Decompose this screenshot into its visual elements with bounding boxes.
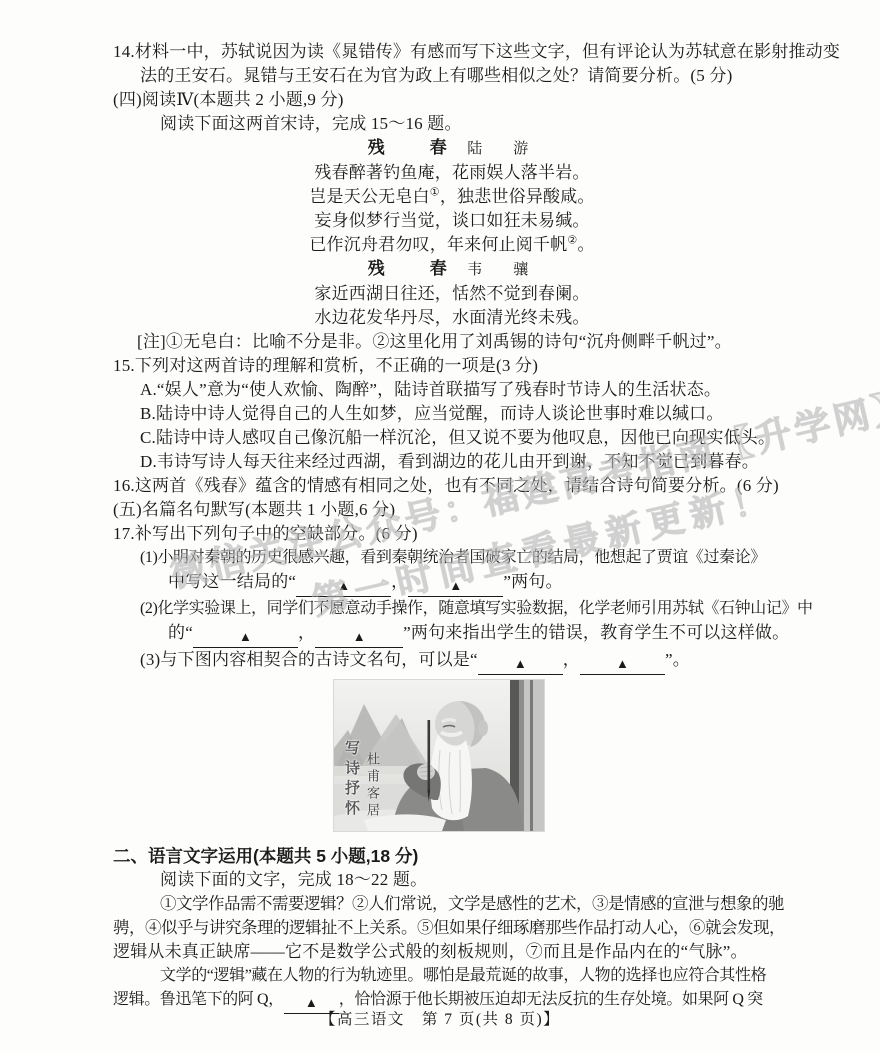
para-2-pre: 逻辑。鲁迅笔下的阿 Q，: [113, 991, 284, 1008]
q17-1-comma: ，: [391, 572, 408, 591]
passage-para-1-line-2: 骋，④似乎与讲究条理的逻辑扯不上关系。⑤但如果仔细琢磨那些作品打动人心，⑥就会发…: [113, 916, 775, 940]
passage-para-1-line-1: ①文学作品需不需要逻辑？②人们常说，文学是感性的艺术，③是情感的宣泄与想象的驰: [113, 892, 775, 916]
q17-1-pre: 中写这一结局的“: [168, 572, 296, 591]
poem-note: [注]①无皂白：比喻不分是非。②这里化用了刘禹锡的诗句“沉舟侧畔千帆过”。: [113, 330, 775, 354]
answer-blank: ▲: [478, 655, 563, 675]
passage-para-1-line-3: 逻辑从未真正缺席——它不是数学公式般的刻板规则，⑦而且是作品内在的“气脉”。: [113, 940, 775, 964]
section-2-intro: 阅读下面的文字，完成 18～22 题。: [113, 868, 775, 892]
exam-paper-page: 微信关注公众号：福建高考指南【升学网】 第一时间查看最新更新！ 14.材料一中，…: [0, 0, 880, 1053]
note-ref-1: ①: [430, 186, 440, 198]
poem-1-line-4: 已作沉舟君勿叹，年来何止阅千帆②。: [113, 233, 775, 257]
poem-1-line-4-tail: 。: [577, 235, 594, 254]
question-14-line-2: 法的王安石。晁错与王安石在为官为政上有哪些相似之处？请简要分析。(5 分): [113, 64, 775, 88]
question-15-option-b: B.陆诗中诗人觉得自己的人生如梦，应当觉醒，而诗人谈论世事时难以缄口。: [113, 402, 775, 426]
question-15-stem: 15.下列对这两首诗的理解和赏析，不正确的一项是(3 分): [113, 354, 775, 378]
dufu-painting: 写诗抒怀 杜甫客居: [333, 679, 545, 832]
question-17-2-line-2: 的“▲，▲”两句来指出学生的错误，教育学生不可以这样做。: [113, 621, 775, 648]
q17-3-post: ”。: [665, 650, 690, 669]
note-ref-2: ②: [567, 234, 577, 246]
painting-caption-right: 杜甫客居: [360, 752, 384, 820]
poem-1-line-1: 残春醉著钓鱼庵，花雨娱人落半岩。: [113, 161, 775, 185]
poem-1-line-2-tail: ，独悲世俗异酸咸。: [440, 187, 595, 206]
poem-2-line-2: 水边花发华丹尽，水面清光终未残。: [113, 306, 775, 330]
q17-3-comma: ，: [563, 650, 580, 669]
question-17-3-line: (3)与下图内容相契合的古诗文名句，可以是“▲，▲”。: [113, 648, 775, 675]
poem-1-title-line: 残 春 陆 游: [113, 136, 775, 161]
page-footer: 【高三语文 第 7 页(共 8 页)】: [0, 1007, 880, 1029]
question-15-option-a: A.“娱人”意为“使人欢愉、陶醉”，陆诗首联描写了残春时节诗人的生活状态。: [113, 378, 775, 402]
question-17-1-line-1: (1)小明对秦朝的历史很感兴趣，看到秦朝统治者国破家亡的结局，他想起了贾谊《过秦…: [113, 546, 775, 570]
question-14-line-1: 14.材料一中，苏轼说因为读《晁错传》有感而写下这些文字，但有评论认为苏轼意在影…: [113, 40, 775, 64]
answer-blank: ▲: [296, 577, 391, 597]
poem-1-line-3: 妄身似梦行当觉，谈口如狂未易缄。: [113, 209, 775, 233]
question-16: 16.这两首《残春》蕴含的情感有相同之处，也有不同之处，请结合诗句简要分析。(6…: [113, 474, 775, 498]
poem-1-author: 陆 游: [467, 141, 536, 157]
q17-2-comma: ，: [298, 623, 315, 642]
answer-blank: ▲: [408, 577, 503, 597]
poem-1-line-2: 岂是天公无皂白①，独悲世俗异酸咸。: [113, 185, 775, 209]
question-15-option-d: D.韦诗写诗人每天往来经过西湖，看到湖边的花儿由开到谢，不知不觉已到暮春。: [113, 450, 775, 474]
question-17-stem: 17.补写出下列句子中的空缺部分。(6 分): [113, 522, 775, 546]
para-2-post: ，恰恰源于他长期被压迫却无法反抗的生存处境。如果阿 Q 突: [339, 991, 763, 1008]
exam-content: 14.材料一中，苏轼说因为读《晁错传》有感而写下这些文字，但有评论认为苏轼意在影…: [113, 40, 775, 1014]
poem-2-author: 韦 骧: [467, 262, 536, 278]
question-15-option-c: C.陆诗中诗人感叹自己像沉船一样沉沦，但又说不要为他叹息，因他已向现实低头。: [113, 426, 775, 450]
q17-1-post: ”两句。: [503, 572, 562, 591]
q17-2-post: ”两句来指出学生的错误，教育学生不可以这样做。: [403, 623, 789, 642]
poem-1-line-2-text: 岂是天公无皂白: [309, 187, 429, 206]
q17-3-pre: (3)与下图内容相契合的古诗文名句，可以是“: [140, 650, 478, 669]
answer-blank: ▲: [315, 628, 403, 648]
passage-para-2-line-1: 文学的“逻辑”藏在人物的行为轨迹里。哪怕是最荒诞的故事，人物的选择也应符合其性格: [113, 964, 775, 988]
poem-2-title: 残 春: [368, 259, 461, 278]
question-17-1-line-2: 中写这一结局的“▲，▲”两句。: [113, 570, 775, 597]
section-4-intro: 阅读下面这两首宋诗，完成 15～16 题。: [113, 112, 775, 136]
poem-1-title: 残 春: [368, 138, 461, 157]
poem-2-title-line: 残 春 韦 骧: [113, 257, 775, 282]
section-4-heading: (四)阅读Ⅳ(本题共 2 小题,9 分): [113, 88, 775, 112]
question-17-2-line-1: (2)化学实验课上，同学们不愿意动手操作，随意填写实验数据，化学老师引用苏轼《石…: [113, 597, 775, 621]
poem-1-line-4-text: 已作沉舟君勿叹，年来何止阅千帆: [309, 235, 567, 254]
q17-2-pre: 的“: [168, 623, 193, 642]
answer-blank: ▲: [193, 628, 298, 648]
section-5-heading: (五)名篇名句默写(本题共 1 小题,6 分): [113, 498, 775, 522]
section-2-heading: 二、语言文字运用(本题共 5 小题,18 分): [113, 844, 775, 868]
poem-2-line-1: 家近西湖日往还，恬然不觉到春阑。: [113, 282, 775, 306]
answer-blank: ▲: [580, 655, 665, 675]
